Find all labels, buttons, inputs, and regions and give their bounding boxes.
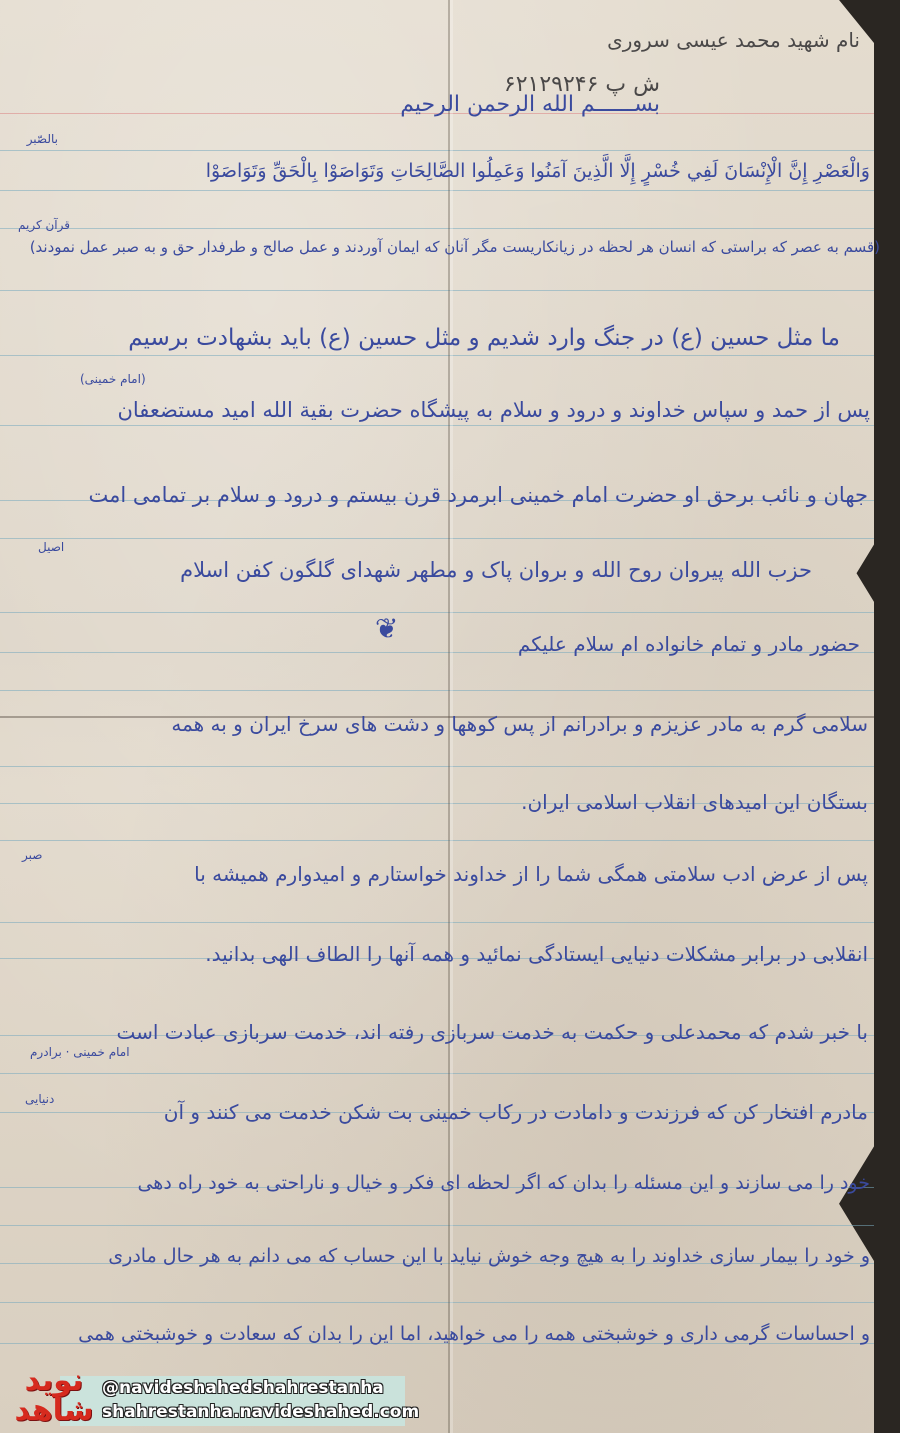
navideshahed-logo: نوید شاهد xyxy=(8,1366,100,1432)
quran-verse: وَالْعَصْرِ إِنَّ الْإِنْسَانَ لَفِي خُس… xyxy=(206,160,870,182)
ruled-line xyxy=(0,690,874,691)
greeting-line: حضور مادر و تمام خانواده ام سلام علیکم xyxy=(518,632,860,656)
letter-line: سلامی گرم به مادر عزیزم و برادرانم از پس… xyxy=(171,712,868,736)
letter-line: پس از حمد و سپاس خداوند و درود و سلام به… xyxy=(117,398,870,422)
margin-note: صبر xyxy=(22,848,42,862)
ruled-line xyxy=(0,1225,874,1226)
ruled-line xyxy=(0,290,874,291)
basmala: بســــــم الله الرحمن الرحیم xyxy=(400,92,660,117)
letter-line: و احساسات گرمی داری و خوشبختی همه را می … xyxy=(78,1323,870,1345)
ruled-line xyxy=(0,538,874,539)
flower-doodle-icon: ❦ xyxy=(375,612,398,645)
ruled-line xyxy=(0,840,874,841)
letter-line: بستگان این امیدهای انقلاب اسلامی ایران. xyxy=(521,790,868,814)
ruled-line xyxy=(0,228,874,229)
letter-line: با خبر شدم که محمدعلی و حکمت به خدمت سرب… xyxy=(116,1020,868,1044)
quote-attribution: (امام خمینی) xyxy=(80,372,146,386)
letter-line: انقلابی در برابر مشکلات دنیایی ایستادگی … xyxy=(205,942,868,966)
letter-line: پس از عرض ادب سلامتی همگی شما را از خداو… xyxy=(194,862,868,886)
letter-line: جهان و نائب برحق او حضرت امام خمینی ابرم… xyxy=(89,483,868,507)
watermark-handle: @navideshahedshahrestanha xyxy=(102,1378,384,1398)
margin-note: دنیایی xyxy=(25,1092,54,1106)
martyr-name: نام شهید محمد عیسی سروری xyxy=(607,28,860,52)
verse-tail-note: بالصّبر xyxy=(27,132,58,146)
ruled-line xyxy=(0,355,874,356)
margin-note: امام خمینی · برادرم xyxy=(30,1045,130,1059)
verse-source: قرآن کریم xyxy=(18,218,70,232)
letter-line: مادرم افتخار کن که فرزندت و دامادت در رک… xyxy=(164,1100,868,1124)
verse-translation: (قسم به عصر که براستی که انسان هر لحظه د… xyxy=(30,238,880,256)
letter-line: و خود را بیمار سازی خداوند را به هیچ وجه… xyxy=(108,1245,870,1267)
ruled-line xyxy=(0,766,874,767)
letter-line: حزب الله پیروان روح الله و بروان پاک و م… xyxy=(180,558,812,582)
ruled-line xyxy=(0,190,874,191)
ruled-line xyxy=(0,922,874,923)
margin-note: اصیل xyxy=(38,540,64,554)
ruled-line xyxy=(0,1302,874,1303)
ruled-line xyxy=(0,612,874,613)
khomeini-quote: ما مثل حسین (ع) در جنگ وارد شدیم و مثل ح… xyxy=(128,325,840,351)
ruled-line xyxy=(0,425,874,426)
watermark-site: shahrestanha.navideshahed.com xyxy=(102,1402,419,1422)
letter-line: خود را می سازند و این مسئله را بدان که ا… xyxy=(137,1172,870,1194)
ruled-line xyxy=(0,1073,874,1074)
ruled-line xyxy=(0,150,874,151)
